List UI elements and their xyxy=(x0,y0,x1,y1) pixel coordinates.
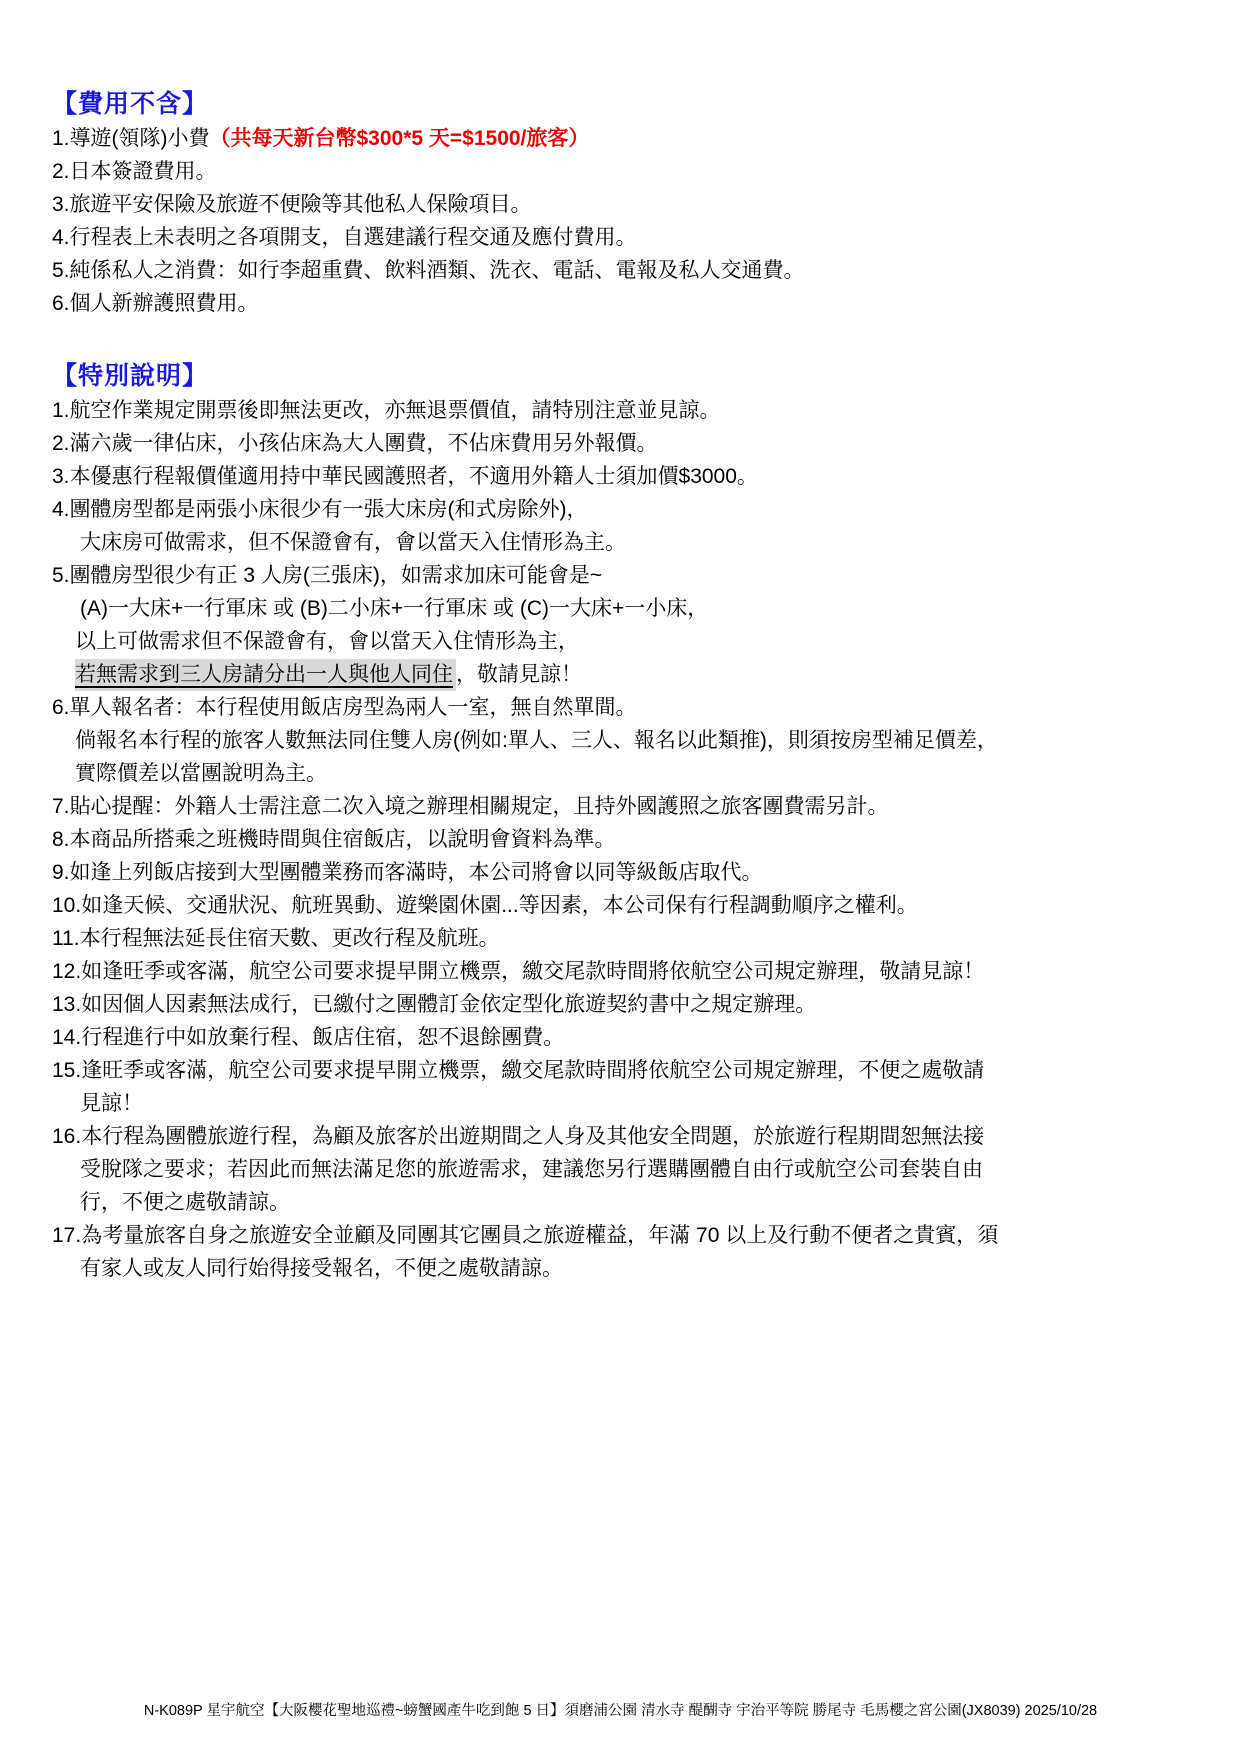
fees-item-5: 5.純係私人之消費：如行李超重費、飲料酒類、洗衣、電話、電報及私人交通費。 xyxy=(52,254,1205,287)
note-item-16-line-3: 行，不便之處敬請諒。 xyxy=(52,1186,1205,1219)
note-item-6-line-2: 倘報名本行程的旅客人數無法同住雙人房(例如:單人、三人、報名以此類推)，則須按房… xyxy=(52,724,1205,757)
fees-excluded-title: 【費用不含】 xyxy=(52,86,1205,122)
special-notes-title: 【特別說明】 xyxy=(52,358,1205,394)
fees-item-1-text: 1.導遊(領隊)小費 xyxy=(52,127,210,150)
note-item-16-line-2: 受脫隊之要求；若因此而無法滿足您的旅遊需求，建議您另行選購團體自由行或航空公司套… xyxy=(52,1153,1205,1186)
note-item-5-line-1: 5.團體房型很少有正 3 人房(三張床)，如需求加床可能會是~ xyxy=(52,559,1205,592)
note-item-11: 11.本行程無法延長住宿天數、更改行程及航班。 xyxy=(52,922,1205,955)
page-footer-tour-code: N-K089P 星宇航空【大阪櫻花聖地巡禮~螃蟹國產牛吃到飽 5 日】須磨浦公園… xyxy=(0,1701,1241,1721)
fees-item-6: 6.個人新辦護照費用。 xyxy=(52,287,1205,320)
note-item-3: 3.本優惠行程報價僅適用持中華民國護照者，不適用外籍人士須加價$3000。 xyxy=(52,460,1205,493)
note-item-10: 10.如逢天候、交通狀況、航班異動、遊樂園休園...等因素，本公司保有行程調動順… xyxy=(52,889,1205,922)
note-item-5-line-4-rest: ，敬請見諒！ xyxy=(456,663,582,686)
note-item-5-line-3: 以上可做需求但不保證會有，會以當天入住情形為主， xyxy=(52,625,1205,658)
note-item-9: 9.如逢上列飯店接到大型團體業務而客滿時，本公司將會以同等級飯店取代。 xyxy=(52,856,1205,889)
note-item-4-line-2: 大床房可做需求，但不保證會有，會以當天入住情形為主。 xyxy=(52,526,1205,559)
note-item-6-line-1: 6.單人報名者：本行程使用飯店房型為兩人一室，無自然單間。 xyxy=(52,691,1205,724)
fees-item-4: 4.行程表上未表明之各項開支，自選建議行程交通及應付費用。 xyxy=(52,221,1205,254)
note-item-6-line-3: 實際價差以當團說明為主。 xyxy=(52,757,1205,790)
note-item-5-line-4: 若無需求到三人房請分出一人與他人同住，敬請見諒！ xyxy=(52,658,1205,691)
note-item-5-line-2: (A)一大床+一行軍床 或 (B)二小床+一行軍床 或 (C)一大床+一小床， xyxy=(52,592,1205,625)
fees-item-2: 2.日本簽證費用。 xyxy=(52,155,1205,188)
note-item-7: 7.貼心提醒：外籍人士需注意二次入境之辦理相關規定，且持外國護照之旅客團費需另計… xyxy=(52,790,1205,823)
note-item-1: 1.航空作業規定開票後即無法更改，亦無退票價值，請特別注意並見諒。 xyxy=(52,394,1205,427)
note-item-2: 2.滿六歲一律佔床，小孩佔床為大人團費，不佔床費用另外報價。 xyxy=(52,427,1205,460)
note-item-14: 14.行程進行中如放棄行程、飯店住宿，恕不退餘團費。 xyxy=(52,1021,1205,1054)
note-item-5-highlighted-clause: 若無需求到三人房請分出一人與他人同住 xyxy=(75,659,456,691)
note-item-4-line-1: 4.團體房型都是兩張小床很少有一張大床房(和式房除外)， xyxy=(52,493,1205,526)
document-body: 【費用不含】 1.導遊(領隊)小費（共每天新台幣$300*5 天=$1500/旅… xyxy=(0,0,1241,1285)
note-item-8: 8.本商品所搭乘之班機時間與住宿飯店，以說明會資料為準。 xyxy=(52,823,1205,856)
note-item-13: 13.如因個人因素無法成行，已繳付之團體訂金依定型化旅遊契約書中之規定辦理。 xyxy=(52,988,1205,1021)
note-item-15-line-2: 見諒！ xyxy=(52,1087,1205,1120)
note-item-17-line-1: 17.為考量旅客自身之旅遊安全並顧及同團其它團員之旅遊權益，年滿 70 以上及行… xyxy=(52,1219,1205,1252)
fees-item-3: 3.旅遊平安保險及旅遊不便險等其他私人保險項目。 xyxy=(52,188,1205,221)
note-item-17-line-2: 有家人或友人同行始得接受報名，不便之處敬請諒。 xyxy=(52,1252,1205,1285)
note-item-15-line-1: 15.逢旺季或客滿，航空公司要求提早開立機票，繳交尾款時間將依航空公司規定辦理，… xyxy=(52,1054,1205,1087)
fees-item-1-red-note: （共每天新台幣$300*5 天=$1500/旅客） xyxy=(210,127,590,150)
note-item-16-line-1: 16.本行程為團體旅遊行程，為顧及旅客於出遊期間之人身及其他安全問題，於旅遊行程… xyxy=(52,1120,1205,1153)
note-item-12: 12.如逢旺季或客滿，航空公司要求提早開立機票，繳交尾款時間將依航空公司規定辦理… xyxy=(52,955,1205,988)
fees-item-1: 1.導遊(領隊)小費（共每天新台幣$300*5 天=$1500/旅客） xyxy=(52,122,1205,155)
